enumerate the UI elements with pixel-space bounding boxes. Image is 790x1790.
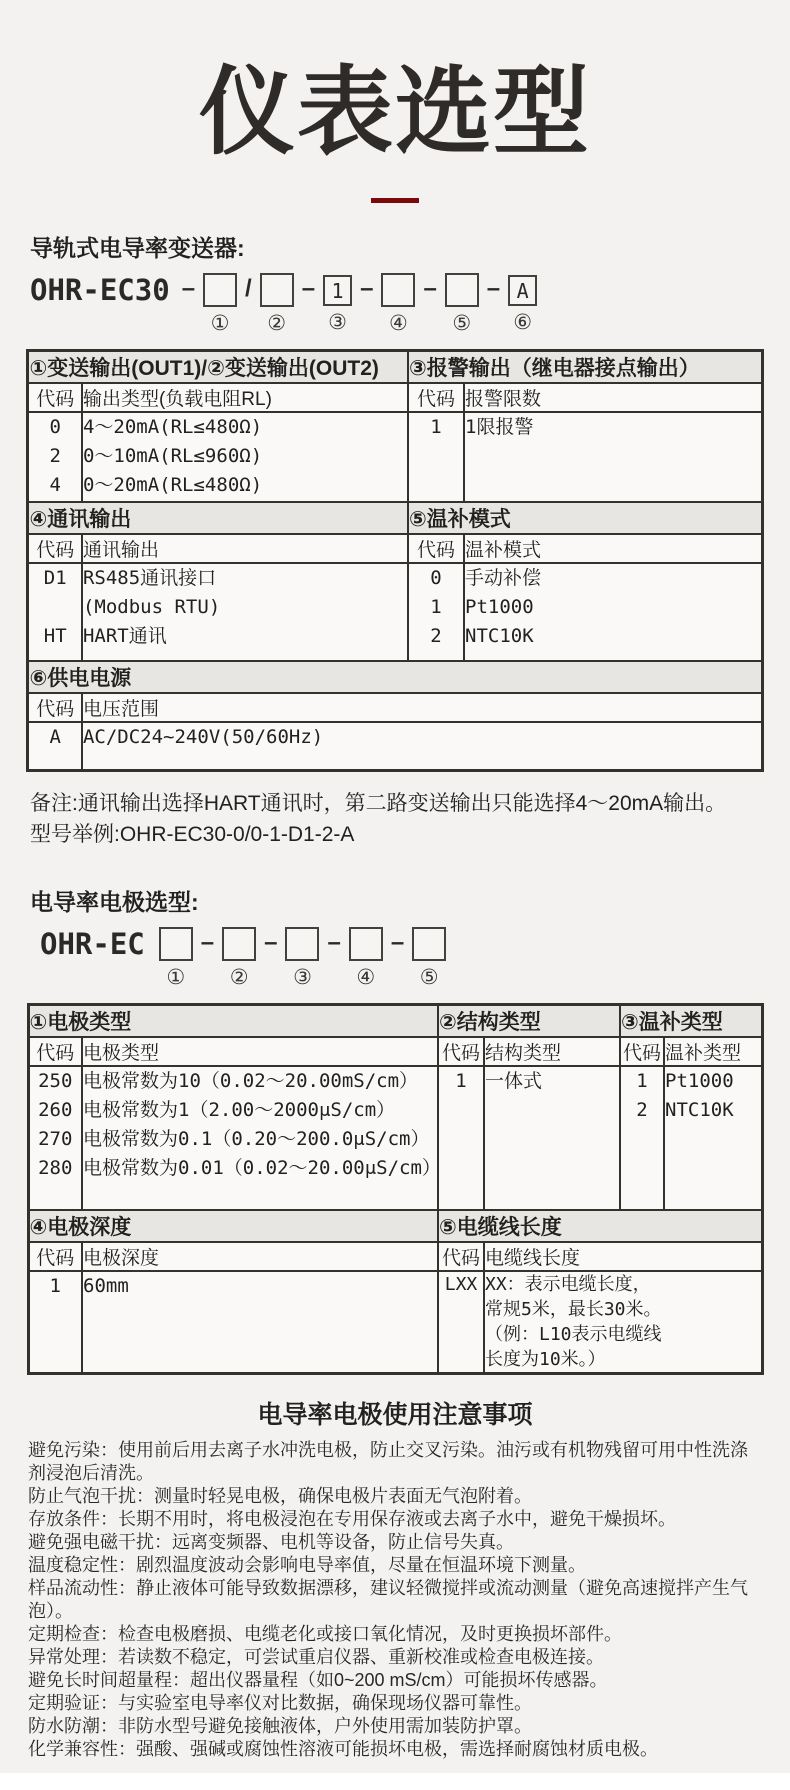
desc-header-cell: 报警限数 xyxy=(464,383,762,412)
table-body-row: A AC/DC24~240V(50/60Hz) xyxy=(28,722,762,771)
desc-header-cell: 通讯输出 xyxy=(82,534,408,563)
model-box-group-2: ② xyxy=(260,273,294,335)
note-line: 定期检查：检查电极磨损、电缆老化或接口氧化情况，及时更换损坏部件。 xyxy=(28,1623,762,1646)
section-header-tempcomp-type: ③温补类型 xyxy=(620,1005,762,1038)
desc-cell: RS485通讯接口 (Modbus RTU) HART通讯 xyxy=(82,563,408,661)
desc-cell: AC/DC24~240V(50/60Hz) xyxy=(82,722,762,771)
model-separator: – xyxy=(360,273,373,305)
table-body-row: 250 260 270 280 电极常数为10（0.02～20.00mS/cm）… xyxy=(28,1066,762,1210)
code-header-cell: 代码 xyxy=(438,1037,484,1066)
note-line: 异常处理：若读数不稳定，可尝试重启仪器、重新校准或检查电极连接。 xyxy=(28,1646,762,1669)
table-section-header-row: ④电极深度 ⑤电缆线长度 xyxy=(28,1210,762,1242)
code-cell: 1 xyxy=(438,1066,484,1210)
note-line: 定期验证：与实验室电导率仪对比数据，确保现场仪器可靠性。 xyxy=(28,1692,762,1715)
code-header-cell: 代码 xyxy=(28,534,82,563)
code-header-cell: 代码 xyxy=(28,1037,82,1066)
transmitter-selection-table: ①变送输出(OUT1)/②变送输出(OUT2) ③报警输出（继电器接点输出） 代… xyxy=(26,349,763,772)
note-line: 存放条件：长期不用时，将电极浸泡在专用保存液或去离子水中，避免干燥损坏。 xyxy=(28,1508,762,1531)
model-box-number-1: ① xyxy=(166,967,185,989)
transmitter-section-heading: 导轨式电导率变送器: xyxy=(30,230,790,263)
code-cell: 1 xyxy=(28,1271,82,1374)
table-subheader-row: 代码 电压范围 xyxy=(28,693,762,722)
model-code-box-6: A xyxy=(508,275,537,306)
note-line: 防水防潮：非防水型号避免接触液体，户外使用需加装防护罩。 xyxy=(28,1715,762,1738)
desc-header-cell: 温补模式 xyxy=(464,534,762,563)
model-code-box-1 xyxy=(203,273,237,307)
note-line: 避免强电磁干扰：远离变频器、电机等设备，防止信号失真。 xyxy=(28,1531,762,1554)
code-cell: LXX xyxy=(438,1271,484,1374)
model-box-number-3: ③ xyxy=(328,312,347,334)
section-header-tempcomp: ⑤温补模式 xyxy=(408,502,762,534)
code-header-cell: 代码 xyxy=(408,383,464,412)
remark-example: 型号举例:OHR-EC30-0/0-1-D1-2-A xyxy=(30,819,760,850)
model-box-number-4: ④ xyxy=(356,967,375,989)
desc-header-cell: 结构类型 xyxy=(484,1037,620,1066)
model-box-number-5: ⑤ xyxy=(420,967,439,989)
model-box-number-1: ① xyxy=(211,313,230,335)
desc-cell: XX：表示电缆长度， 常规5米，最长30米。 （例：L10表示电缆线 长度为10… xyxy=(484,1271,762,1374)
model-box-group-5: ⑤ xyxy=(412,927,446,989)
code-cell: 250 260 270 280 xyxy=(28,1066,82,1210)
table-subheader-row: 代码 电极深度 代码 电缆线长度 xyxy=(28,1242,762,1271)
electrode-model-prefix: OHR-EC xyxy=(40,927,145,961)
model-box-number-2: ② xyxy=(267,313,286,335)
code-header-cell: 代码 xyxy=(28,383,82,412)
model-box-group-3: ③ xyxy=(285,927,319,989)
section-header-electrode-type: ①电极类型 xyxy=(28,1005,438,1038)
note-line: 避免长时间超量程：超出仪器量程（如0~200 mS/cm）可能损坏传感器。 xyxy=(28,1669,762,1692)
model-code-box-4 xyxy=(381,273,415,307)
desc-header-cell: 电压范围 xyxy=(82,693,762,722)
code-cell: 1 xyxy=(408,412,464,502)
transmitter-model-code-row: OHR-EC30 – ① / ② – 1 ③ – ④ – ⑤ – A ⑥ xyxy=(30,273,790,335)
electrode-section-heading: 电导率电极选型: xyxy=(30,884,790,917)
page-title: 仪表选型 xyxy=(0,58,790,168)
footer-white-strip xyxy=(0,1773,790,1790)
table-subheader-row: 代码 输出类型(负载电阻RL) 代码 报警限数 xyxy=(28,383,762,412)
desc-header-cell: 电极类型 xyxy=(82,1037,438,1066)
table-section-header-row: ①电极类型 ②结构类型 ③温补类型 xyxy=(28,1005,762,1038)
model-code-box-2 xyxy=(222,927,256,961)
desc-cell: 4～20mA(RL≤480Ω) 0～10mA(RL≤960Ω) 0～20mA(R… xyxy=(82,412,408,502)
note-line: 温度稳定性：剧烈温度波动会影响电导率值，尽量在恒温环境下测量。 xyxy=(28,1554,762,1577)
model-box-group-5: ⑤ xyxy=(445,273,479,335)
code-header-cell: 代码 xyxy=(620,1037,664,1066)
section-header-comm: ④通讯输出 xyxy=(28,502,408,534)
desc-cell: 一体式 xyxy=(484,1066,620,1210)
model-box-number-2: ② xyxy=(230,967,249,989)
model-box-group-2: ② xyxy=(222,927,256,989)
desc-cell: Pt1000 NTC10K xyxy=(664,1066,762,1210)
model-box-group-6: A ⑥ xyxy=(508,273,537,334)
table-body-row: 0 2 4 4～20mA(RL≤480Ω) 0～10mA(RL≤960Ω) 0～… xyxy=(28,412,762,502)
desc-cell: 60mm xyxy=(82,1271,438,1374)
usage-notes-heading: 电导率电极使用注意事项 xyxy=(0,1395,790,1431)
model-box-group-4: ④ xyxy=(381,273,415,335)
model-separator: – xyxy=(182,273,195,305)
code-cell: 1 2 xyxy=(620,1066,664,1210)
model-code-box-3 xyxy=(285,927,319,961)
table-subheader-row: 代码 电极类型 代码 结构类型 代码 温补类型 xyxy=(28,1037,762,1066)
model-box-number-4: ④ xyxy=(389,313,408,335)
model-code-box-3: 1 xyxy=(323,275,352,306)
model-box-group-1: ① xyxy=(159,927,193,989)
table-section-header-row: ⑥供电电源 xyxy=(28,661,762,693)
model-box-group-1: ① xyxy=(203,273,237,335)
note-line: 避免污染：使用前后用去离子水冲洗电极，防止交叉污染。油污或有机物残留可用中性洗涤… xyxy=(28,1439,762,1485)
model-separator: – xyxy=(423,273,436,305)
model-separator: – xyxy=(201,927,214,959)
note-line: 化学兼容性：强酸、强碱或腐蚀性溶液可能损坏电极，需选择耐腐蚀材质电极。 xyxy=(28,1738,762,1761)
code-cell: D1 HT xyxy=(28,563,82,661)
code-cell: 0 2 4 xyxy=(28,412,82,502)
desc-cell: 手动补偿 Pt1000 NTC10K xyxy=(464,563,762,661)
title-red-divider xyxy=(371,198,419,203)
model-separator: – xyxy=(391,927,404,959)
section-header-power: ⑥供电电源 xyxy=(28,661,762,693)
code-header-cell: 代码 xyxy=(28,1242,82,1271)
model-separator: – xyxy=(264,927,277,959)
model-box-number-3: ③ xyxy=(293,967,312,989)
model-separator: – xyxy=(487,273,500,305)
model-code-box-5 xyxy=(412,927,446,961)
transmitter-model-prefix: OHR-EC30 xyxy=(30,273,170,307)
model-code-box-5 xyxy=(445,273,479,307)
note-line: 防止气泡干扰：测量时轻晃电极，确保电极片表面无气泡附着。 xyxy=(28,1485,762,1508)
model-box-number-5: ⑤ xyxy=(452,313,471,335)
usage-notes-list: 避免污染：使用前后用去离子水冲洗电极，防止交叉污染。油污或有机物残留可用中性洗涤… xyxy=(28,1439,762,1761)
desc-header-cell: 电极深度 xyxy=(82,1242,438,1271)
model-code-box-2 xyxy=(260,273,294,307)
electrode-selection-table: ①电极类型 ②结构类型 ③温补类型 代码 电极类型 代码 结构类型 代码 温补类… xyxy=(27,1003,764,1375)
section-header-structure: ②结构类型 xyxy=(438,1005,620,1038)
model-code-box-4 xyxy=(349,927,383,961)
table-section-header-row: ④通讯输出 ⑤温补模式 xyxy=(28,502,762,534)
section-header-cable-length: ⑤电缆线长度 xyxy=(438,1210,762,1242)
desc-header-cell: 电缆线长度 xyxy=(484,1242,762,1271)
electrode-model-code-row: OHR-EC ① – ② – ③ – ④ – ⑤ xyxy=(40,927,790,989)
model-separator: – xyxy=(302,273,315,305)
transmitter-remark: 备注:通讯输出选择HART通讯时，第二路变送输出只能选择4～20mA输出。 型号… xyxy=(30,788,760,850)
remark-note: 备注:通讯输出选择HART通讯时，第二路变送输出只能选择4～20mA输出。 xyxy=(30,788,760,819)
code-cell: A xyxy=(28,722,82,771)
section-header-out12: ①变送输出(OUT1)/②变送输出(OUT2) xyxy=(28,351,408,384)
model-code-box-1 xyxy=(159,927,193,961)
code-header-cell: 代码 xyxy=(438,1242,484,1271)
model-separator: – xyxy=(327,927,340,959)
table-section-header-row: ①变送输出(OUT1)/②变送输出(OUT2) ③报警输出（继电器接点输出） xyxy=(28,351,762,384)
table-body-row: D1 HT RS485通讯接口 (Modbus RTU) HART通讯 0 1 … xyxy=(28,563,762,661)
desc-cell: 1限报警 xyxy=(464,412,762,502)
model-box-group-3: 1 ③ xyxy=(323,273,352,334)
desc-header-cell: 温补类型 xyxy=(664,1037,762,1066)
model-box-number-6: ⑥ xyxy=(513,312,532,334)
code-header-cell: 代码 xyxy=(408,534,464,563)
table-subheader-row: 代码 通讯输出 代码 温补模式 xyxy=(28,534,762,563)
code-cell: 0 1 2 xyxy=(408,563,464,661)
table-body-row: 1 60mm LXX XX：表示电缆长度， 常规5米，最长30米。 （例：L10… xyxy=(28,1271,762,1374)
model-separator: / xyxy=(245,273,252,305)
desc-cell: 电极常数为10（0.02～20.00mS/cm） 电极常数为1（2.00～200… xyxy=(82,1066,438,1210)
section-header-depth: ④电极深度 xyxy=(28,1210,438,1242)
product-selection-page: 仪表选型 导轨式电导率变送器: OHR-EC30 – ① / ② – 1 ③ –… xyxy=(0,0,790,1790)
note-line: 样品流动性：静止液体可能导致数据漂移，建议轻微搅拌或流动测量（避免高速搅拌产生气… xyxy=(28,1577,762,1623)
section-header-alarm: ③报警输出（继电器接点输出） xyxy=(408,351,762,384)
code-header-cell: 代码 xyxy=(28,693,82,722)
desc-header-cell: 输出类型(负载电阻RL) xyxy=(82,383,408,412)
model-box-group-4: ④ xyxy=(349,927,383,989)
